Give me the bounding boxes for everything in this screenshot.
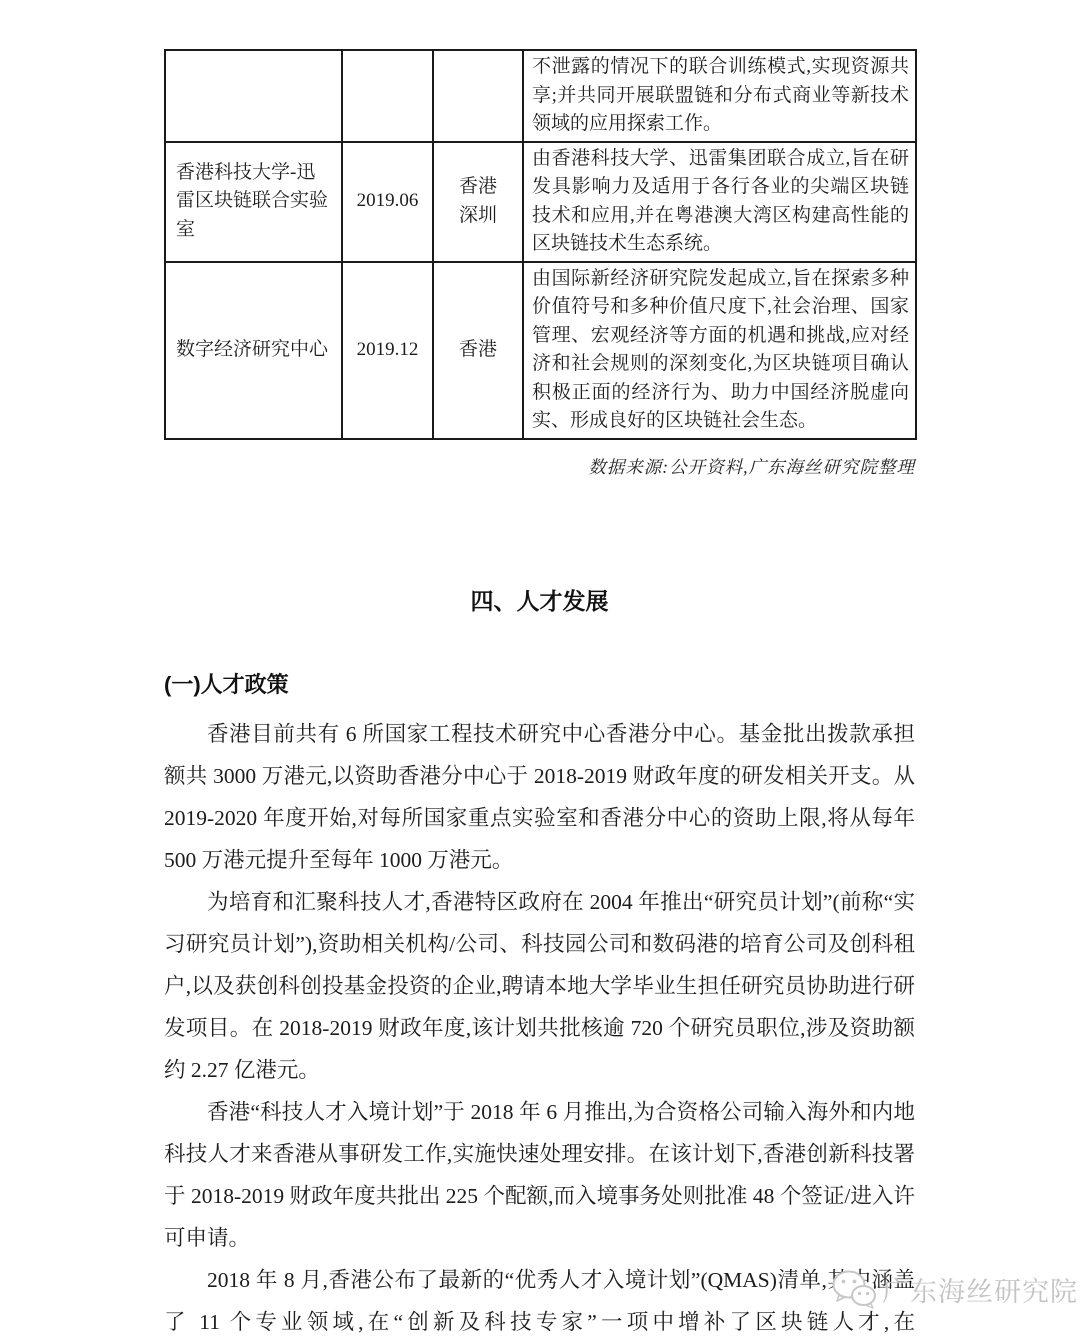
org-description-cell: 由香港科技大学、迅雷集团联合成立,旨在研发具影响力及适用于各行各业的尖端区块链技… (523, 142, 916, 262)
page-content: 不泄露的情况下的联合训练模式,实现资源共享;并共同开展联盟链和分布式商业等新技术… (164, 0, 915, 1336)
table-row: 数字经济研究中心 2019.12 香港 由国际新经济研究院发起成立,旨在探索多种… (165, 262, 916, 439)
org-description-cell: 由国际新经济研究院发起成立,旨在探索多种价值符号和多种价值尺度下,社会治理、国家… (523, 262, 916, 439)
section-title: 四、人才发展 (164, 583, 915, 616)
paragraph-talent-centers: 香港目前共有 6 所国家工程技术研究中心香港分中心。基金批出拨款承担额共 300… (164, 713, 915, 881)
org-date-cell: 2019.12 (342, 262, 433, 439)
table-row: 不泄露的情况下的联合训练模式,实现资源共享;并共同开展联盟链和分布式商业等新技术… (165, 50, 916, 142)
org-location-cell: 香港 (433, 262, 523, 439)
org-date-cell (342, 50, 433, 142)
document-page: 不泄露的情况下的联合训练模式,实现资源共享;并共同开展联盟链和分布式商业等新技术… (0, 0, 1080, 1336)
paragraph-qmas-list: 2018 年 8 月,香港公布了最新的“优秀人才入境计划”(QMAS)清单,其中… (164, 1259, 915, 1336)
org-date-cell: 2019.06 (342, 142, 433, 262)
org-name-cell: 香港科技大学-迅雷区块链联合实验室 (165, 142, 342, 262)
subsection-title: (一)人才政策 (164, 668, 915, 699)
data-source-note: 数据来源:公开资料,广东海丝研究院整理 (164, 454, 915, 479)
paragraph-researcher-plan: 为培育和汇聚科技人才,香港特区政府在 2004 年推出“研究员计划”(前称“实习… (164, 881, 915, 1091)
org-location-cell: 香港 深圳 (433, 142, 523, 262)
org-name-cell (165, 50, 342, 142)
paragraph-techtas-scheme: 香港“科技人才入境计划”于 2018 年 6 月推出,为合资格公司输入海外和内地… (164, 1091, 915, 1259)
org-location-cell (433, 50, 523, 142)
organizations-table: 不泄露的情况下的联合训练模式,实现资源共享;并共同开展联盟链和分布式商业等新技术… (164, 49, 917, 440)
org-name-cell: 数字经济研究中心 (165, 262, 342, 439)
org-description-cell: 不泄露的情况下的联合训练模式,实现资源共享;并共同开展联盟链和分布式商业等新技术… (523, 50, 916, 142)
table-row: 香港科技大学-迅雷区块链联合实验室 2019.06 香港 深圳 由香港科技大学、… (165, 142, 916, 262)
